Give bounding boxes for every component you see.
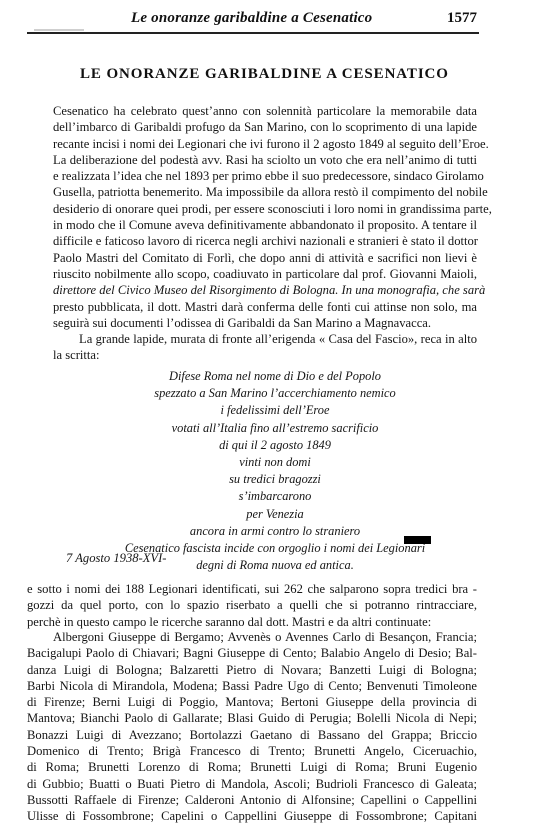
text-line: seguirà sui documenti l’odissea di Garib… xyxy=(27,315,477,331)
text-line: La grande lapide, murata di fronte all’e… xyxy=(53,331,477,347)
list-line: Mantova; Bianchi Paolo di Gallarate; Bla… xyxy=(27,710,477,726)
list-line: Barbi Nicola di Mirandola, Modena; Bassi… xyxy=(27,678,477,694)
inscription-line: ancora in armi contro lo straniero xyxy=(0,523,550,540)
list-line: Bonazzi Luigi di Avezzano; Bortolazzi Ga… xyxy=(27,727,477,743)
inscription-line: su tredici bragozzi xyxy=(0,471,550,488)
running-head: Le onoranze garibaldine a Cesenatico 157… xyxy=(0,6,550,36)
article-title: LE ONORANZE GARIBALDINE A CESENATICO xyxy=(80,66,449,83)
text-line: presto pubblicata, il dott. Mastri darà … xyxy=(27,299,477,315)
list-line: Ulisse di Fossombrone; Capelini o Cappel… xyxy=(27,808,477,824)
running-head-title: Le onoranze garibaldine a Cesenatico xyxy=(131,10,372,27)
text-line: gozzi da quel porto, con lo spazio riser… xyxy=(27,597,477,613)
lapide-inscription: Difese Roma nel nome di Dio e del Popolo… xyxy=(0,368,550,574)
page-number: 1577 xyxy=(447,10,477,27)
paragraph-3: e sotto i nomi dei 188 Legionari identif… xyxy=(27,581,477,630)
inscription-line: vinti non domi xyxy=(0,454,550,471)
list-line: Bacigalupi Paolo di Chiavari; Bagni Gius… xyxy=(27,645,477,661)
text-line-italic: direttore del Civico Museo del Risorgime… xyxy=(27,282,477,298)
text-line: Gusella, patriotta benemerito. Ma imposs… xyxy=(27,184,477,200)
list-line: danza Luigi di Bologna; Balzaretti Pietr… xyxy=(27,662,477,678)
list-line: di Gubbio; Buatti o Buati Pietro di Mand… xyxy=(27,776,477,792)
list-line: Bussotti Raffaele di Firenze; Calderoni … xyxy=(27,792,477,808)
inscription-line: s’imbarcarono xyxy=(0,488,550,505)
text-line: dell’imbarco di Garibaldi profugo da San… xyxy=(27,119,477,135)
inscription-line: per Venezia xyxy=(0,506,550,523)
text-line: Cesenatico ha celebrato quest’anno con s… xyxy=(53,103,477,119)
inscription-line: i fedelissimi dell’Eroe xyxy=(0,402,550,419)
text-line: e sotto i nomi dei 188 Legionari identif… xyxy=(27,581,477,597)
ink-blot-redaction xyxy=(404,536,431,544)
text-line: e realizzata l’idea che nel 1893 per pri… xyxy=(27,168,477,184)
list-line: di Roma; Brunetti Lorenzo di Roma; Brune… xyxy=(27,759,477,775)
text-line: perchè in questo campo le ricerche saran… xyxy=(27,614,477,630)
list-line: Albergoni Giuseppe di Bergamo; Avvenès o… xyxy=(53,629,477,645)
text-line: recante incisi i nomi dei Legionari che … xyxy=(27,136,477,152)
inscription-line: di qui il 2 agosto 1849 xyxy=(0,437,550,454)
paragraph-1: Cesenatico ha celebrato quest’anno con s… xyxy=(27,103,477,331)
print-smear xyxy=(34,29,84,31)
text-line: difficile e faticoso lavoro di ricerca n… xyxy=(27,233,477,249)
inscription-date: 7 Agosto 1938-XVI- xyxy=(66,551,167,566)
body-paragraphs: Cesenatico ha celebrato quest’anno con s… xyxy=(27,103,477,364)
inscription-line: Difese Roma nel nome di Dio e del Popolo xyxy=(0,368,550,385)
paragraph-2: La grande lapide, murata di fronte all’e… xyxy=(27,331,477,364)
text-line: Paolo Mastri del Comitato di Forlì, che … xyxy=(27,250,477,266)
list-line: Domenico di Trento; Brigà Francesco di T… xyxy=(27,743,477,759)
legionari-list: Albergoni Giuseppe di Bergamo; Avvenès o… xyxy=(27,629,477,825)
text-line: riuscito nobilmente allo scopo, coadiuva… xyxy=(27,266,477,282)
text-line: La deliberazione del podestà avv. Rasi h… xyxy=(27,152,477,168)
text-line: desiderio di onorare quei prodi, per ess… xyxy=(27,201,477,217)
text-line: la scritta: xyxy=(27,347,477,363)
inscription-line: spezzato a San Marino l’accerchiamento n… xyxy=(0,385,550,402)
list-line: di Firenze; Berni Luigi di Poggio, Manto… xyxy=(27,694,477,710)
inscription-line: votati all’Italia fino all’estremo sacri… xyxy=(0,420,550,437)
header-rule xyxy=(27,32,479,34)
text-line: in modo che il Comune aveva definitivame… xyxy=(27,217,477,233)
